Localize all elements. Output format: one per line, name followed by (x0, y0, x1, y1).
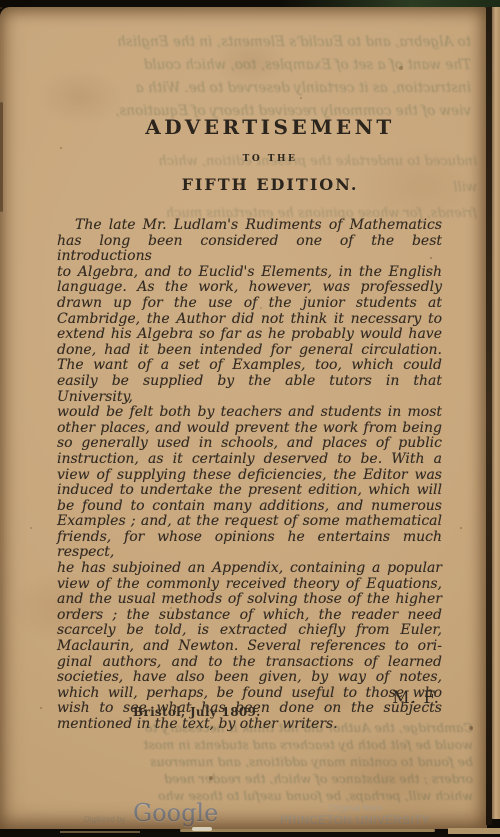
bottom-page-edge (448, 828, 500, 834)
paper-speckles (0, 7, 2, 9)
body-line: would be felt both by teachers and stude… (57, 405, 442, 421)
bleedthrough-line: be found to contain many additions, and … (40, 753, 473, 770)
edition-title: FIFTH EDITION. (55, 175, 485, 194)
page-subtitle: TO THE (55, 154, 485, 164)
top-edge-shadow (280, 0, 500, 7)
body-line: to Algebra, and to Euclid's Elements, in… (57, 265, 442, 281)
body-line: instruction, as it certainly deserved to… (57, 452, 442, 468)
body-line: scarcely be told, is extracted chiefly f… (57, 623, 442, 639)
author-initials: M. F. (392, 688, 440, 708)
body-line: he has subjoined an Appendix, containing… (57, 561, 442, 577)
body-line: view of the commonly received theory of … (57, 577, 442, 593)
book-scan: to Algebra, and to Euclid's Elements, in… (0, 0, 500, 837)
body-line: mentioned in the text, by other writers. (57, 717, 442, 733)
bleedthrough-line: to Algebra, and to Euclid's Elements, in… (36, 31, 471, 54)
google-logo-watermark: Google (133, 799, 218, 827)
body-line: drawn up for the use of the junior stude… (57, 296, 442, 312)
body-line: view of supplying these deficiencies, th… (57, 468, 442, 484)
adjacent-page-edge (492, 7, 500, 819)
body-line: and the usual methods of solving those o… (57, 592, 442, 608)
bottom-page-edge (60, 831, 140, 833)
original-from-label: Original from (290, 803, 420, 814)
body-line: easily be supplied by the able tutors in… (57, 374, 442, 405)
page-title: ADVERTISEMENT (55, 115, 485, 139)
body-line: extend his Algebra so far as he probably… (57, 327, 442, 343)
body-line: societies, have also been given, by way … (57, 670, 442, 686)
book-page: to Algebra, and to Euclid's Elements, in… (0, 7, 487, 829)
body-line: ginal authors, and to the transactions o… (57, 655, 442, 671)
bottom-page-edge (180, 829, 435, 832)
body-line: Cambridge, the Author did not think it n… (57, 312, 442, 328)
body-line: done, had it been intended for general c… (57, 343, 442, 359)
body-line: be found to contain many additions, and … (57, 499, 442, 515)
digitized-by-label: Digitized by (84, 815, 125, 824)
bleedthrough-line: The want of a set of Examples, too, whic… (36, 54, 471, 77)
body-line: The late Mr. Ludlam's Rudiments of Mathe… (57, 218, 442, 234)
bleedthrough-line: orders ; the substance of which, the rea… (40, 770, 473, 787)
body-line: so generally used in schools, and places… (57, 436, 442, 452)
body-line: induced to undertake the present edition… (57, 483, 442, 499)
body-line: Maclaurin, and Newton. Several reference… (57, 639, 442, 655)
body-line: Examples ; and, at the request of some m… (57, 514, 442, 530)
dateline: Bristol, July 1809. (133, 705, 261, 719)
bottom-page-edge (192, 827, 212, 831)
bleedthrough-line: instruction, as it certainly deserved to… (36, 77, 471, 100)
body-line: orders ; the substance of which, the rea… (57, 608, 442, 624)
bleedthrough-line: which will, perhaps, be found useful to … (40, 787, 473, 804)
body-line: language. As the work, however, was prof… (57, 280, 442, 296)
bleedthrough-text: to Algebra, and to Euclid's Elements, in… (36, 31, 471, 123)
body-line: The want of a set of Examples, too, whic… (57, 358, 442, 374)
institution-label: PRINCETON UNIVERSITY (270, 815, 440, 827)
body-line: friends, for whose opinions he entertain… (57, 530, 442, 561)
bleedthrough-line: would be felt both by teachers and stude… (40, 736, 473, 753)
body-text: The late Mr. Ludlam's Rudiments of Mathe… (57, 218, 442, 733)
body-line: has long been considered one of the best… (57, 234, 442, 265)
body-line: which will, perhaps, be found useful to … (57, 686, 442, 702)
body-line: other places, and would prevent the work… (57, 421, 442, 437)
page-edge-nick (0, 102, 3, 212)
